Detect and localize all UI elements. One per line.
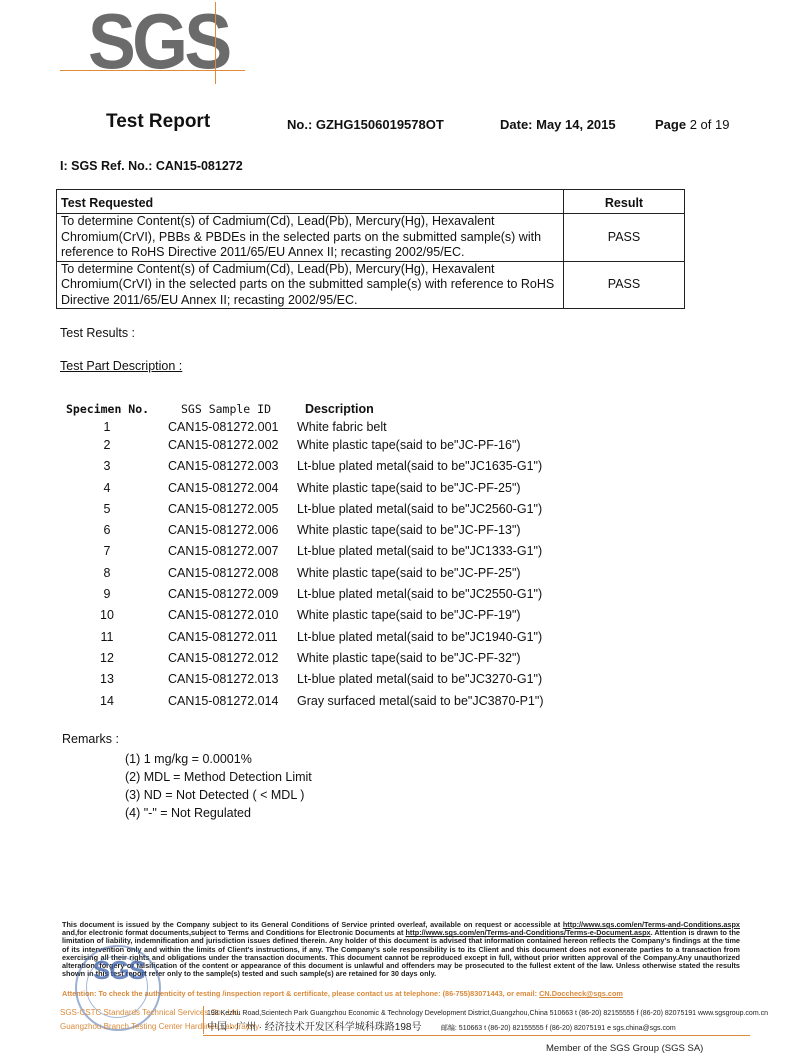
specimen-description: White fabric belt: [297, 419, 387, 435]
test-results-label: Test Results :: [60, 326, 135, 340]
specimen-row: 1CAN15-081272.001White fabric belt: [60, 419, 620, 435]
specimen-description: White plastic tape(said to be"JC-PF-25"): [297, 478, 521, 499]
address-chinese: 中国 · 广州 · 经济技术开发区科学城科珠路198号: [207, 1022, 421, 1033]
sgs-ref-number: I: SGS Ref. No.: CAN15-081272: [60, 159, 243, 173]
sample-id: CAN15-081272.009: [168, 584, 279, 605]
sample-id: CAN15-081272.003: [168, 456, 279, 477]
remarks-list: (1) 1 mg/kg = 0.0001% (2) MDL = Method D…: [125, 750, 312, 822]
remark-item: (4) "-" = Not Regulated: [125, 804, 312, 822]
specimen-no: 1: [60, 419, 154, 435]
specimen-row: 3CAN15-081272.003Lt-blue plated metal(sa…: [60, 456, 620, 477]
specimen-description: White plastic tape(said to be"JC-PF-16"): [297, 435, 521, 456]
page-number: 2 of 19: [690, 117, 730, 132]
specimen-row: 9CAN15-081272.009Lt-blue plated metal(sa…: [60, 584, 620, 605]
report-title: Test Report: [106, 111, 210, 133]
header-specimen-no: Specimen No.: [66, 402, 149, 416]
specimen-description: Lt-blue plated metal(said to be"JC2560-G…: [297, 499, 542, 520]
sample-id: CAN15-081272.012: [168, 648, 279, 669]
table-header-row: Test Requested Result: [57, 190, 685, 214]
specimen-row: 2CAN15-081272.002White plastic tape(said…: [60, 435, 620, 456]
specimen-description: White plastic tape(said to be"JC-PF-32"): [297, 648, 521, 669]
specimen-description: White plastic tape(said to be"JC-PF-25"): [297, 563, 521, 584]
sample-id: CAN15-081272.010: [168, 605, 279, 626]
sample-id: CAN15-081272.006: [168, 520, 279, 541]
page-label: Page: [655, 117, 690, 132]
sample-id: CAN15-081272.004: [168, 478, 279, 499]
address-divider: [203, 1006, 204, 1034]
specimen-no: 5: [60, 499, 154, 520]
address-english: 198 Kezhu Road,Scientech Park Guangzhou …: [207, 1007, 768, 1021]
header-result: Result: [564, 190, 685, 214]
footer-rule: [203, 1035, 750, 1036]
remark-item: (2) MDL = Method Detection Limit: [125, 768, 312, 786]
test-requested-cell: To determine Content(s) of Cadmium(Cd), …: [57, 214, 564, 262]
remark-item: (1) 1 mg/kg = 0.0001%: [125, 750, 312, 768]
legal-disclaimer: This document is issued by the Company s…: [62, 921, 740, 978]
test-requested-table: Test Requested Result To determine Conte…: [56, 189, 685, 309]
sample-id: CAN15-081272.011: [168, 627, 278, 648]
result-cell: PASS: [564, 214, 685, 262]
address-contact: 邮编: 510663 t (86-20) 82155555 f (86-20) …: [441, 1025, 676, 1032]
report-date: Date: May 14, 2015: [500, 117, 616, 132]
specimen-description: Lt-blue plated metal(said to be"JC1635-G…: [297, 456, 542, 477]
specimen-row: 13CAN15-081272.013Lt-blue plated metal(s…: [60, 669, 620, 690]
specimen-description: White plastic tape(said to be"JC-PF-19"): [297, 605, 521, 626]
specimen-description: Lt-blue plated metal(said to be"JC1940-G…: [297, 627, 542, 648]
specimen-row: 10CAN15-081272.010White plastic tape(sai…: [60, 605, 620, 626]
specimen-description: White plastic tape(said to be"JC-PF-13"): [297, 520, 521, 541]
header-test-requested: Test Requested: [57, 190, 564, 214]
specimen-no: 9: [60, 584, 154, 605]
page-indicator: Page 2 of 19: [655, 117, 729, 132]
logo-horizontal-rule: [60, 70, 245, 71]
specimen-no: 4: [60, 478, 154, 499]
specimen-row: 7CAN15-081272.007Lt-blue plated metal(sa…: [60, 541, 620, 562]
company-address: 198 Kezhu Road,Scientech Park Guangzhou …: [207, 1007, 768, 1036]
specimen-no: 14: [60, 691, 154, 712]
specimen-row: 5CAN15-081272.005Lt-blue plated metal(sa…: [60, 499, 620, 520]
remark-item: (3) ND = Not Detected ( < MDL ): [125, 786, 312, 804]
report-number: No.: GZHG1506019578OT: [287, 117, 444, 132]
specimen-description: Lt-blue plated metal(said to be"JC2550-G…: [297, 584, 542, 605]
specimen-no: 10: [60, 605, 154, 626]
result-cell: PASS: [564, 261, 685, 309]
specimen-no: 13: [60, 669, 154, 690]
specimen-row: 14CAN15-081272.014Gray surfaced metal(sa…: [60, 691, 620, 712]
specimen-list: 1CAN15-081272.001White fabric belt2CAN15…: [60, 419, 620, 712]
sample-id: CAN15-081272.002: [168, 435, 279, 456]
specimen-row: 8CAN15-081272.008White plastic tape(said…: [60, 563, 620, 584]
sample-id: CAN15-081272.007: [168, 541, 279, 562]
specimen-row: 11CAN15-081272.011Lt-blue plated metal(s…: [60, 627, 620, 648]
specimen-description: Gray surfaced metal(said to be"JC3870-P1…: [297, 691, 543, 712]
specimen-row: 6CAN15-081272.006White plastic tape(said…: [60, 520, 620, 541]
sample-id: CAN15-081272.008: [168, 563, 279, 584]
logo-vertical-rule: [215, 2, 216, 84]
specimen-description: Lt-blue plated metal(said to be"JC1333-G…: [297, 541, 542, 562]
specimen-description: Lt-blue plated metal(said to be"JC3270-G…: [297, 669, 542, 690]
specimen-no: 12: [60, 648, 154, 669]
specimen-no: 2: [60, 435, 154, 456]
sample-id: CAN15-081272.014: [168, 691, 279, 712]
stamp-text: SGS: [93, 955, 145, 986]
doccheck-email-link[interactable]: CN.Doccheck@sgs.com: [539, 989, 623, 998]
header-sample-id: SGS Sample ID: [181, 402, 271, 416]
specimen-no: 8: [60, 563, 154, 584]
table-row: To determine Content(s) of Cadmium(Cd), …: [57, 261, 685, 309]
sample-id: CAN15-081272.013: [168, 669, 279, 690]
member-statement: Member of the SGS Group (SGS SA): [546, 1043, 703, 1054]
specimen-no: 7: [60, 541, 154, 562]
specimen-no: 6: [60, 520, 154, 541]
specimen-row: 12CAN15-081272.012White plastic tape(sai…: [60, 648, 620, 669]
sample-id: CAN15-081272.005: [168, 499, 279, 520]
header-description: Description: [305, 402, 374, 416]
specimen-row: 4CAN15-081272.004White plastic tape(said…: [60, 478, 620, 499]
sample-id: CAN15-081272.001: [168, 419, 279, 435]
table-row: To determine Content(s) of Cadmium(Cd), …: [57, 214, 685, 262]
specimen-no: 11: [60, 627, 154, 648]
test-part-description-label: Test Part Description :: [60, 359, 182, 373]
sgs-logo: SGS: [88, 2, 229, 80]
specimen-no: 3: [60, 456, 154, 477]
remarks-label: Remarks :: [62, 732, 119, 746]
test-requested-cell: To determine Content(s) of Cadmium(Cd), …: [57, 261, 564, 309]
